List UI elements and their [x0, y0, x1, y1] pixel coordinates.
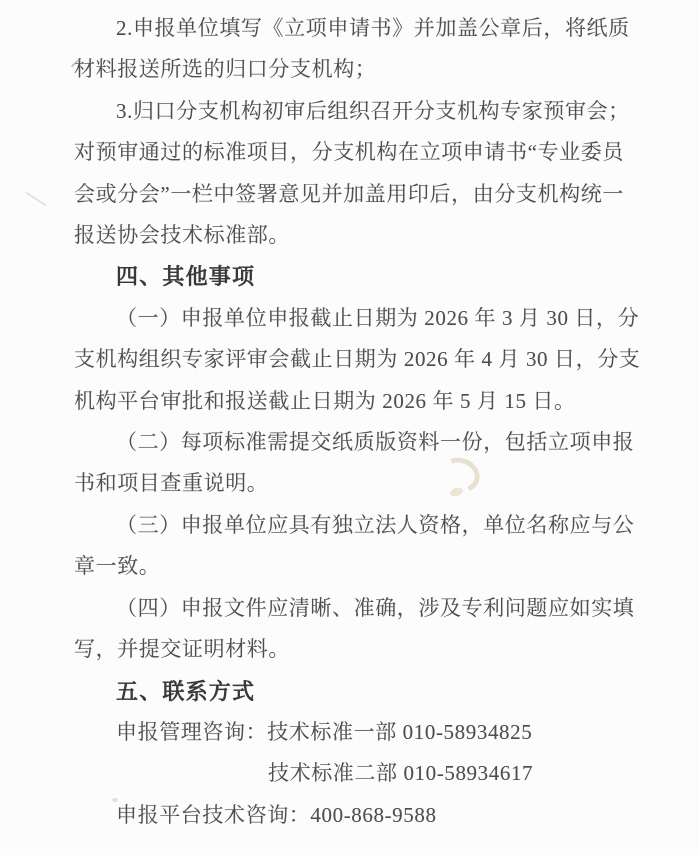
item-4-accuracy-line-1: （四）申报文件应清晰、准确，涉及专利问题应如实填: [74, 588, 643, 629]
step-2-line-2: 材料报送所选的归口分支机构；: [74, 49, 643, 90]
heading-section-4-other-matters: 四、其他事项: [74, 256, 643, 297]
item-2-materials-line-1: （二）每项标准需提交纸质版资料一份，包括立项申报: [74, 422, 643, 463]
scan-scratch-mark: [25, 192, 46, 207]
contact-dept2-line: 技术标准二部 010-58934617: [74, 753, 643, 794]
item-1-deadlines-line-1: （一）申报单位申报截止日期为 2026 年 3 月 30 日，分: [74, 298, 643, 339]
step-3-line-3: 会或分会”一栏中签署意见并加盖用印后，由分支机构统一: [74, 174, 643, 215]
item-2-materials-line-2: 书和项目查重说明。: [74, 463, 643, 504]
scanned-document-page: 2.申报单位填写《立项申请书》并加盖公章后，将纸质 材料报送所选的归口分支机构；…: [0, 0, 699, 855]
item-3-legal-entity-line-2: 章一致。: [74, 546, 643, 587]
item-1-deadlines-line-2: 支机构组织专家评审会截止日期为 2026 年 4 月 30 日，分支: [74, 339, 643, 380]
step-2-line-1: 2.申报单位填写《立项申请书》并加盖公章后，将纸质: [74, 8, 643, 49]
item-1-deadlines-line-3: 机构平台审批和报送截止日期为 2026 年 5 月 15 日。: [74, 381, 643, 422]
heading-section-5-contact: 五、联系方式: [74, 671, 643, 712]
contact-dept1-line: 申报管理咨询：技术标准一部 010-58934825: [74, 712, 643, 753]
item-3-legal-entity-line-1: （三）申报单位应具有独立法人资格，单位名称应与公: [74, 505, 643, 546]
step-3-line-2: 对预审通过的标准项目，分支机构在立项申请书“专业委员: [74, 132, 643, 173]
contact-platform-line: 申报平台技术咨询：400-868-9588: [74, 795, 643, 836]
item-4-accuracy-line-2: 写，并提交证明材料。: [74, 629, 643, 670]
step-3-line-4: 报送协会技术标准部。: [74, 215, 643, 256]
step-3-line-1: 3.归口分支机构初审后组织召开分支机构专家预审会；: [74, 91, 643, 132]
scan-speck-bottom: [112, 798, 118, 802]
